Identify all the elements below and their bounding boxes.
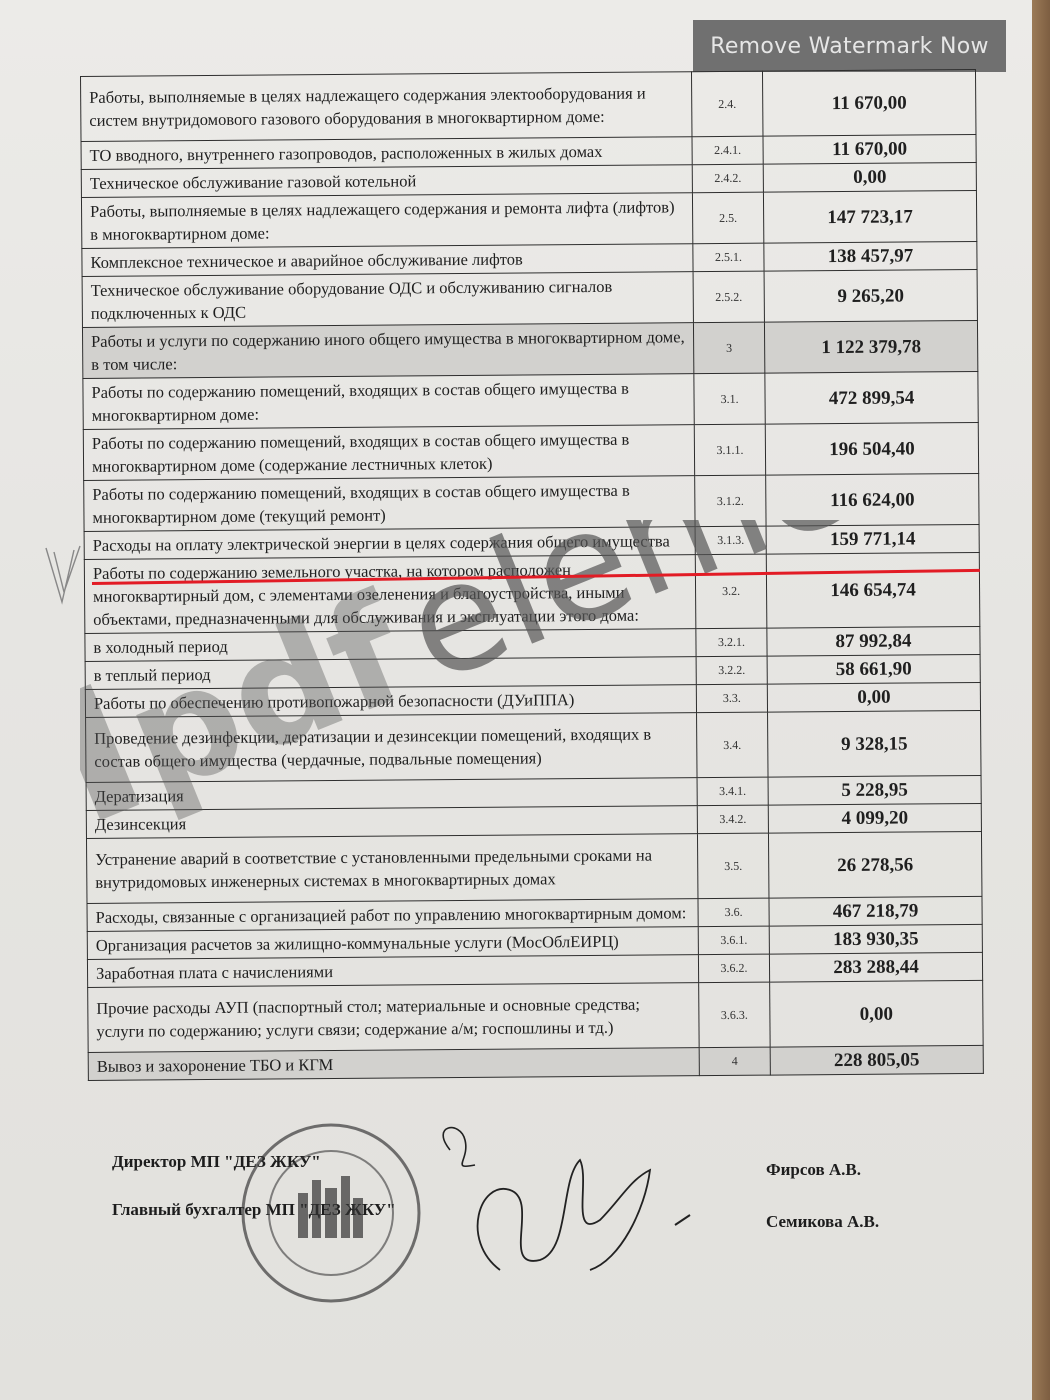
director-title: Директор МП "ДЕЗ ЖКУ": [112, 1152, 321, 1172]
row-amount: 9 265,20: [764, 269, 977, 322]
table-row: Проведение дезинфекции, дератизации и де…: [86, 710, 981, 782]
row-amount: 467 218,79: [769, 896, 982, 926]
row-code: 3.4.: [697, 712, 769, 778]
row-amount: 87 992,84: [767, 626, 980, 656]
row-description: Устранение аварий в соответствие с устан…: [86, 834, 697, 904]
row-amount: 11 670,00: [762, 69, 976, 136]
row-description: Работы по содержанию помещений, входящих…: [83, 425, 694, 481]
row-code: 3.6.2.: [698, 954, 769, 983]
row-code: 3.5.: [697, 833, 769, 899]
row-description: Работы, выполняемые в целях надлежащего …: [81, 193, 692, 249]
table-row: Работы, выполняемые в целях надлежащего …: [81, 69, 976, 141]
row-code: 3.1.: [694, 373, 765, 425]
row-code: 3.6.: [698, 898, 769, 927]
row-code: 3.1.3.: [695, 526, 766, 555]
row-code: 3.4.1.: [697, 777, 768, 806]
row-amount: 0,00: [763, 162, 976, 192]
row-code: 3.6.3.: [699, 982, 771, 1048]
row-code: 3.1.1.: [694, 424, 765, 476]
row-code: 3.3.: [696, 684, 767, 713]
row-description: Работы по содержанию помещений, входящих…: [83, 374, 694, 430]
row-code: 2.5.: [692, 192, 763, 244]
accountant-title: Главный бухгалтер МП "ДЕЗ ЖКУ": [112, 1200, 396, 1220]
row-amount: 159 771,14: [766, 524, 979, 554]
row-description: Работы, выполняемые в целях надлежащего …: [81, 72, 692, 142]
row-amount: 472 899,54: [765, 371, 978, 424]
row-amount: 228 805,05: [770, 1045, 983, 1075]
row-amount: 0,00: [770, 980, 984, 1047]
row-description: Работы и услуги по содержанию иного обще…: [82, 323, 693, 379]
row-description: Вывоз и захоронение ТБО и КГМ: [88, 1048, 699, 1081]
row-code: 3.2.: [695, 554, 767, 629]
row-code: 3.6.1.: [698, 926, 769, 955]
table-surface: [1032, 0, 1050, 1400]
row-code: 3.2.2.: [696, 656, 767, 685]
row-amount: 58 661,90: [767, 654, 980, 684]
row-amount: 11 670,00: [763, 134, 976, 164]
table-row: Прочие расходы АУП (паспортный стол; мат…: [88, 980, 983, 1052]
row-amount: 116 624,00: [766, 473, 979, 526]
row-code: 2.4.1.: [692, 136, 763, 165]
row-amount: 0,00: [767, 682, 980, 712]
row-code: 3.4.2.: [697, 805, 768, 834]
table-row: Техническое обслуживание оборудование ОД…: [82, 269, 977, 327]
row-code: 3.1.2.: [695, 475, 766, 527]
row-amount: 5 228,95: [768, 775, 981, 805]
table-row: Устранение аварий в соответствие с устан…: [86, 831, 981, 903]
row-amount: 283 288,44: [769, 952, 982, 982]
row-code: 2.5.2.: [693, 271, 764, 323]
table-row: Работы по содержанию земельного участка,…: [84, 552, 980, 633]
row-amount: 146 654,74: [766, 552, 980, 628]
table-row: Работы, выполняемые в целях надлежащего …: [81, 190, 976, 248]
table-row: Работы по содержанию помещений, входящих…: [83, 371, 978, 429]
row-code: 4: [699, 1047, 770, 1076]
row-amount: 4 099,20: [768, 803, 981, 833]
row-code: 2.4.: [691, 71, 763, 137]
accountant-name: Семикова А.В.: [766, 1212, 879, 1232]
row-amount: 1 122 379,78: [764, 320, 977, 373]
row-code: 3.2.1.: [696, 628, 767, 657]
row-description: Прочие расходы АУП (паспортный стол; мат…: [88, 983, 699, 1053]
row-code: 2.4.2.: [692, 164, 763, 193]
row-description: Работы по содержанию земельного участка,…: [84, 555, 696, 634]
row-description: Техническое обслуживание оборудование ОД…: [82, 272, 693, 328]
row-code: 3: [693, 322, 764, 374]
director-name: Фирсов А.В.: [766, 1160, 861, 1180]
row-amount: 138 457,97: [764, 241, 977, 271]
row-description: Проведение дезинфекции, дератизации и де…: [86, 713, 697, 783]
table-row: Работы и услуги по содержанию иного обще…: [82, 320, 977, 378]
remove-watermark-button[interactable]: Remove Watermark Now: [693, 20, 1006, 72]
row-amount: 196 504,40: [765, 422, 978, 475]
table-row: Работы по содержанию помещений, входящих…: [83, 422, 978, 480]
row-amount: 26 278,56: [768, 831, 982, 898]
row-code: 2.5.1.: [693, 243, 764, 272]
row-amount: 183 930,35: [769, 924, 982, 954]
row-description: Работы по содержанию помещений, входящих…: [84, 476, 695, 532]
row-amount: 9 328,15: [768, 710, 982, 777]
table-row: Работы по содержанию помещений, входящих…: [84, 473, 979, 531]
row-amount: 147 723,17: [763, 190, 976, 243]
